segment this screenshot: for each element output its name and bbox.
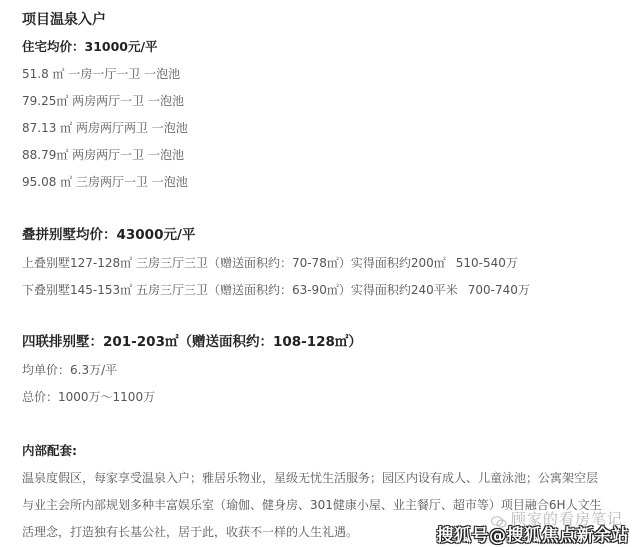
facilities-paragraph-line: 活理念，打造独有长基公社，居于此，收获不一样的人生礼遇。 bbox=[22, 524, 358, 540]
facilities-paragraph-line: 与业主会所内部规划多种丰富娱乐室（瑜伽、健身房、301健康小屋、业主餐厅、超市等… bbox=[22, 497, 602, 513]
wechat-icon bbox=[491, 514, 507, 526]
villa-price: 700-740万 bbox=[468, 283, 530, 297]
unit-line: 51.8 ㎡ 一房一厅一卫 一泡池 bbox=[22, 66, 180, 82]
villa-price: 510-540万 bbox=[456, 256, 518, 270]
townhouse-unit-price: 均单价：6.3万/平 bbox=[22, 362, 117, 378]
section-title-facilities: 内部配套: bbox=[22, 443, 77, 459]
villa-desc: 下叠别墅145-153㎡ 五房三厅三卫（赠送面积约：63-90㎡）实得面积约24… bbox=[22, 283, 458, 297]
unit-line: 95.08 ㎡ 三房两厅一卫 一泡池 bbox=[22, 174, 188, 190]
unit-line: 88.79㎡ 两房两厅一卫 一泡池 bbox=[22, 147, 184, 163]
villa-desc: 上叠别墅127-128㎡ 三房三厅三卫（赠送面积约：70-78㎡）实得面积约20… bbox=[22, 256, 446, 270]
watermark-sohu: 搜狐号@搜狐焦点新余站 bbox=[437, 521, 630, 546]
residential-avg-price: 住宅均价：31000元/平 bbox=[22, 39, 158, 55]
facilities-paragraph-line: 温泉度假区，每家享受温泉入户；雅居乐物业，星级无忧生活服务；园区内设有成人、儿童… bbox=[22, 470, 598, 486]
section-title-hot-spring: 项目温泉入户 bbox=[22, 11, 106, 29]
section-title-townhouse: 四联排别墅：201-203㎡（赠送面积约：108-128㎡） bbox=[22, 334, 362, 350]
unit-line: 87.13 ㎡ 两房两厅两卫 一泡池 bbox=[22, 120, 188, 136]
villa-line-lower: 下叠别墅145-153㎡ 五房三厅三卫（赠送面积约：63-90㎡）实得面积约24… bbox=[22, 282, 530, 298]
unit-line: 79.25㎡ 两房两厅一卫 一泡池 bbox=[22, 93, 184, 109]
villa-line-upper: 上叠别墅127-128㎡ 三房三厅三卫（赠送面积约：70-78㎡）实得面积约20… bbox=[22, 255, 518, 271]
section-title-stacked-villa: 叠拼别墅均价：43000元/平 bbox=[22, 227, 195, 243]
townhouse-total-price: 总价：1000万～1100万 bbox=[22, 389, 155, 405]
